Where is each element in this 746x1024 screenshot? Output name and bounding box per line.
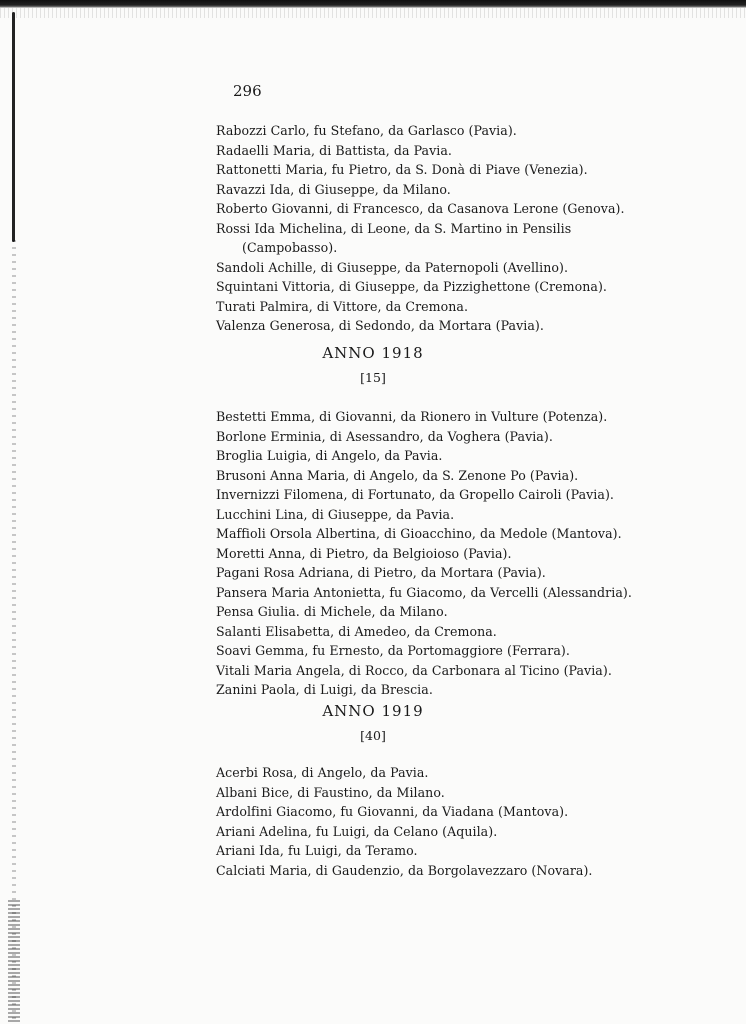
list-item: Soavi Gemma, fu Ernesto, da Portomaggior… bbox=[216, 641, 656, 661]
entry-list-1918: Bestetti Emma, di Giovanni, da Rionero i… bbox=[216, 407, 656, 700]
list-item: Rossi Ida Michelina, di Leone, da S. Mar… bbox=[216, 219, 656, 258]
section-count-1919: [40] bbox=[0, 728, 746, 743]
scan-binding-edge bbox=[12, 12, 15, 242]
list-item: Lucchini Lina, di Giuseppe, da Pavia. bbox=[216, 505, 656, 525]
section-title-1918: ANNO 1918 bbox=[0, 344, 746, 362]
list-item: Acerbi Rosa, di Angelo, da Pavia. bbox=[216, 763, 656, 783]
list-item: Ariani Adelina, fu Luigi, da Celano (Aqu… bbox=[216, 822, 656, 842]
list-item: Bestetti Emma, di Giovanni, da Rionero i… bbox=[216, 407, 656, 427]
intro-entry-list: Rabozzi Carlo, fu Stefano, da Garlasco (… bbox=[216, 121, 656, 336]
list-item: Vitali Maria Angela, di Rocco, da Carbon… bbox=[216, 661, 656, 681]
entry-list-1919: Acerbi Rosa, di Angelo, da Pavia. Albani… bbox=[216, 763, 656, 880]
list-item: Roberto Giovanni, di Francesco, da Casan… bbox=[216, 199, 656, 219]
list-item: Pansera Maria Antonietta, fu Giacomo, da… bbox=[216, 583, 656, 603]
list-item: Maffioli Orsola Albertina, di Gioacchino… bbox=[216, 524, 656, 544]
section-count-1918: [15] bbox=[0, 370, 746, 385]
list-item: Valenza Generosa, di Sedondo, da Mortara… bbox=[216, 316, 656, 336]
list-item: Borlone Erminia, di Asessandro, da Voghe… bbox=[216, 427, 656, 447]
list-item: Ardolfini Giacomo, fu Giovanni, da Viada… bbox=[216, 802, 656, 822]
page-number: 296 bbox=[233, 82, 262, 100]
scan-left-edge-noise-bottom bbox=[8, 900, 20, 1024]
list-item: Ariani Ida, fu Luigi, da Teramo. bbox=[216, 841, 656, 861]
list-item: Zanini Paola, di Luigi, da Brescia. bbox=[216, 680, 656, 700]
list-item: Turati Palmira, di Vittore, da Cremona. bbox=[216, 297, 656, 317]
list-item: Albani Bice, di Faustino, da Milano. bbox=[216, 783, 656, 803]
list-item: Broglia Luigia, di Angelo, da Pavia. bbox=[216, 446, 656, 466]
list-item: Sandoli Achille, di Giuseppe, da Paterno… bbox=[216, 258, 656, 278]
list-item: Rattonetti Maria, fu Pietro, da S. Donà … bbox=[216, 160, 656, 180]
list-item: Moretti Anna, di Pietro, da Belgioioso (… bbox=[216, 544, 656, 564]
list-item: Ravazzi Ida, di Giuseppe, da Milano. bbox=[216, 180, 656, 200]
list-item: Calciati Maria, di Gaudenzio, da Borgola… bbox=[216, 861, 656, 881]
list-item: Salanti Elisabetta, di Amedeo, da Cremon… bbox=[216, 622, 656, 642]
scan-top-speckle bbox=[0, 8, 746, 18]
scan-top-border bbox=[0, 0, 746, 8]
list-item: Invernizzi Filomena, di Fortunato, da Gr… bbox=[216, 485, 656, 505]
list-item: Brusoni Anna Maria, di Angelo, da S. Zen… bbox=[216, 466, 656, 486]
section-title-1919: ANNO 1919 bbox=[0, 702, 746, 720]
list-item: Squintani Vittoria, di Giuseppe, da Pizz… bbox=[216, 277, 656, 297]
list-item: Pensa Giulia. di Michele, da Milano. bbox=[216, 602, 656, 622]
list-item: Rabozzi Carlo, fu Stefano, da Garlasco (… bbox=[216, 121, 656, 141]
list-item: Pagani Rosa Adriana, di Pietro, da Morta… bbox=[216, 563, 656, 583]
list-item: Radaelli Maria, di Battista, da Pavia. bbox=[216, 141, 656, 161]
